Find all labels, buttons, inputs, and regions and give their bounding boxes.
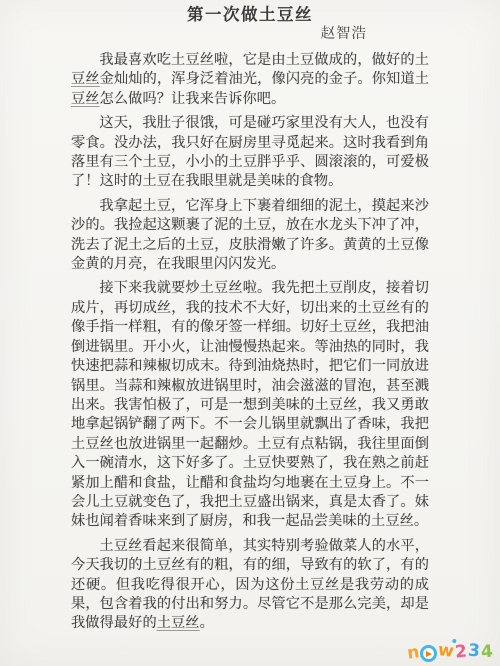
paragraph: 我拿起土豆，它浑身上下裹着细细的泥土，摸起来沙沙的。我捡起这颗裹了泥的土豆，放在… xyxy=(71,197,429,275)
body-text: 接下来我就要炒土豆丝啦。我先把土豆削皮，接着切成片，再切成丝，我的技术不大好，切… xyxy=(71,280,429,529)
paragraph: 我最喜欢吃土豆丝啦，它是由土豆做成的，做好的土豆丝金灿灿的，浑身泛着油光，像闪亮… xyxy=(71,51,429,109)
watermark-letter: 2 xyxy=(454,643,468,661)
paragraph: 接下来我就要炒土豆丝啦。我先把土豆削皮，接着切成片，再切成丝，我的技术不大好，切… xyxy=(71,279,429,531)
body-text: 这天，我肚子很饿，可是碰巧家里没有大人，也没有零食。没办法，我只好在厨房里寻觅起… xyxy=(71,115,429,189)
now234-watermark-logo: nw234 xyxy=(407,643,493,663)
play-triangle-icon xyxy=(426,651,432,657)
body-text: 。 xyxy=(200,615,214,631)
watermark-letter: 3 xyxy=(467,642,480,660)
body-text: 我拿起土豆，它浑身上下裹着细细的泥土，摸起来沙沙的。我捡起这颗裹了泥的土豆，放在… xyxy=(71,198,429,272)
essay-title: 第一次做土豆丝 xyxy=(0,0,500,25)
underlined-text: 豆丝 xyxy=(71,91,100,107)
body-text: 金灿灿的，浑身泛着油光，像闪亮的金子。你知道土 xyxy=(100,71,429,87)
scanned-essay-page: 第一次做土豆丝 赵智浩 我最喜欢吃土豆丝啦，它是由土豆做成的，做好的土豆丝金灿灿… xyxy=(0,0,500,666)
essay-author: 赵智浩 xyxy=(0,25,500,44)
paragraph: 土豆丝看起来很简单，其实特别考验做菜人的水平，今天我切的土豆丝有的粗，有的细，导… xyxy=(71,537,429,634)
body-text: 我最喜欢吃土豆丝啦，它是由土豆做成的，做好的土 xyxy=(99,52,429,68)
essay-body: 我最喜欢吃土豆丝啦，它是由土豆做成的，做好的土豆丝金灿灿的，浑身泛着油光，像闪亮… xyxy=(71,51,429,634)
underlined-text: 豆丝 xyxy=(71,71,100,87)
watermark-letter: n xyxy=(406,644,420,663)
watermark-letter: w xyxy=(437,642,455,661)
play-button-icon xyxy=(420,645,437,662)
paragraph: 这天，我肚子很饿，可是碰巧家里没有大人，也没有零食。没办法，我只好在厨房里寻觅起… xyxy=(71,114,429,192)
watermark-letter: 4 xyxy=(480,643,493,661)
body-text: 怎么做吗？让我来告诉你吧。 xyxy=(100,91,286,107)
underlined-text: 土豆丝 xyxy=(157,615,200,631)
body-text: 得最好的 xyxy=(100,615,157,631)
